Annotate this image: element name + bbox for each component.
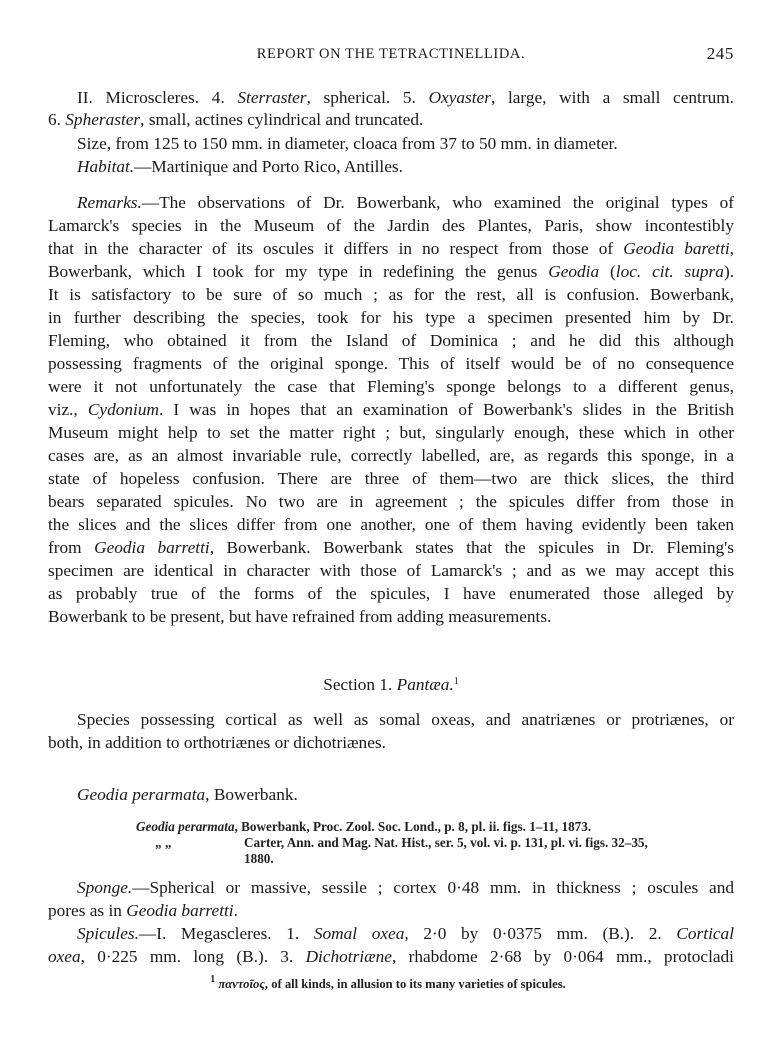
synonymy-entry-cont: 1880. <box>244 851 274 867</box>
remarks-line: Lamarck's species in the Museum of the J… <box>48 215 734 237</box>
habitat-line: Habitat.—Martinique and Porto Rico, Anti… <box>77 156 734 178</box>
synonymy-entry: Carter, Ann. and Mag. Nat. Hist., ser. 5… <box>244 835 648 851</box>
footnote-number: 1 <box>210 974 215 985</box>
text-line: II. Microscleres. 4. Sterraster, spheric… <box>77 87 734 109</box>
synonymy-entry: Geodia perarmata, Bowerbank, Proc. Zool.… <box>136 819 591 835</box>
remarks-line: as probably true of the forms of the spi… <box>48 583 734 605</box>
remarks-line: were it not unfortunately the case that … <box>48 376 734 398</box>
remarks-line: specimen are identical in character with… <box>48 560 734 582</box>
remarks-line: cases are, as an almost invariable rule,… <box>48 445 734 467</box>
text-line: Size, from 125 to 150 mm. in diameter, c… <box>77 133 734 155</box>
running-header: REPORT ON THE TETRACTINELLIDA. 245 <box>48 46 734 66</box>
synonymy-ditto: „ „ <box>155 835 171 851</box>
footnote-greek-word: παντοῖος <box>218 977 265 991</box>
remarks-line: Fleming, who obtained it from the Island… <box>48 330 734 352</box>
species-name: Geodia perarmata, Bowerbank. <box>77 784 734 806</box>
remarks-line: in further describing the species, took … <box>48 307 734 329</box>
sponge-description: pores as in Geodia barretti. <box>48 900 734 922</box>
remarks-line: state of hopeless confusion. There are t… <box>48 468 734 490</box>
document-page: REPORT ON THE TETRACTINELLIDA. 245 II. M… <box>0 0 776 1050</box>
remarks-line: It is satisfactory to be sure of so much… <box>48 284 734 306</box>
text-line: 6. Spheraster, small, actines cylindrica… <box>48 109 734 131</box>
remarks-line: viz., Cydonium. I was in hopes that an e… <box>48 399 734 421</box>
footnote-text: , of all kinds, in allusion to its many … <box>265 977 566 991</box>
section-description: Species possessing cortical as well as s… <box>77 709 734 731</box>
footnote: 1 παντοῖος, of all kinds, in allusion to… <box>0 974 776 992</box>
section-heading: Section 1. Pantæa.1 <box>48 671 734 696</box>
remarks-line: Remarks.—The observations of Dr. Bowerba… <box>77 192 734 214</box>
footnote-marker: 1 <box>454 676 459 687</box>
remarks-line: the slices and the slices differ from on… <box>48 514 734 536</box>
section-description: both, in addition to orthotriænes or dic… <box>48 732 734 754</box>
spicules-description: Spicules.—I. Megascleres. 1. Somal oxea,… <box>77 923 734 945</box>
remarks-line: that in the character of its oscules it … <box>48 238 734 260</box>
sponge-description: Sponge.—Spherical or massive, sessile ; … <box>77 877 734 899</box>
spicules-description: oxea, 0·225 mm. long (B.). 3. Dichotriæn… <box>48 946 734 968</box>
remarks-line: bears separated spicules. No two are in … <box>48 491 734 513</box>
running-title: REPORT ON THE TETRACTINELLIDA. <box>48 46 734 63</box>
remarks-line: from Geodia barretti, Bowerbank. Bowerba… <box>48 537 734 559</box>
remarks-line: Museum might help to set the matter righ… <box>48 422 734 444</box>
remarks-line: possessing fragments of the original spo… <box>48 353 734 375</box>
page-number: 245 <box>707 44 734 64</box>
remarks-line: Bowerbank, which I took for my type in r… <box>48 261 734 283</box>
remarks-line: Bowerbank to be present, but have refrai… <box>48 606 734 628</box>
